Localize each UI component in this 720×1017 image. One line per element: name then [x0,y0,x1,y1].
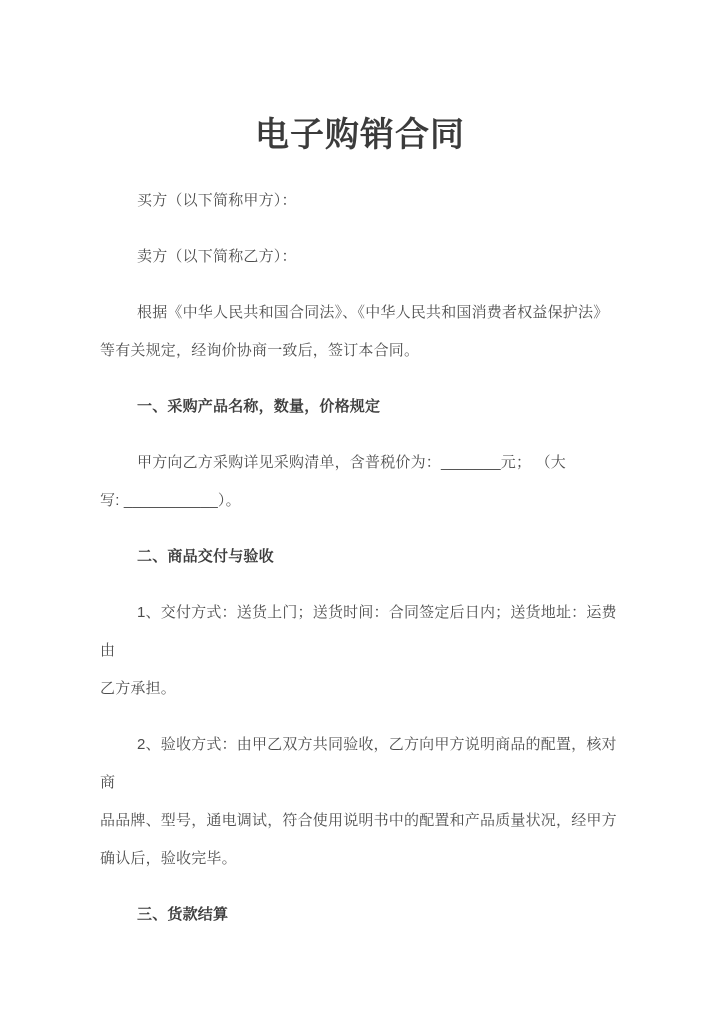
document-title: 电子购销合同 [100,112,620,158]
section-heading-text: 二、商品交付与验收 [100,538,620,576]
paragraph-acceptance: 2、验收方式：由甲乙双方共同验收，乙方向甲方说明商品的配置，核对商 品品牌、型号… [100,726,620,878]
text-line: 买方（以下简称甲方）： [100,182,620,220]
paragraph-seller: 卖方（以下简称乙方）： [100,238,620,276]
paragraph-price: 甲方向乙方采购详见采购清单，含普税价为：_______元； （大 写: ____… [100,444,620,520]
text-line: 根据《中华人民共和国合同法》、《中华人民共和国消费者权益保护法》 [100,294,620,332]
text-line: 写: ___________）。 [100,482,620,520]
text-line: 2、验收方式：由甲乙双方共同验收，乙方向甲方说明商品的配置，核对商 [100,726,620,802]
paragraph-delivery: 1、交付方式：送货上门；送货时间：合同签定后日内；送货地址：运费由 乙方承担。 [100,594,620,708]
heading-section-2: 二、商品交付与验收 [100,538,620,576]
text-line: 品品牌、型号，通电调试，符合使用说明书中的配置和产品质量状况，经甲方 [100,802,620,840]
heading-section-1: 一、采购产品名称，数量，价格规定 [100,388,620,426]
text-line: 确认后，验收完毕。 [100,840,620,878]
text-line: 甲方向乙方采购详见采购清单，含普税价为：_______元； （大 [100,444,620,482]
section-heading-text: 一、采购产品名称，数量，价格规定 [100,388,620,426]
contract-page: 电子购销合同 买方（以下简称甲方）： 卖方（以下简称乙方）： 根据《中华人民共和… [0,0,720,1017]
text-line: 卖方（以下简称乙方）： [100,238,620,276]
heading-section-3: 三、货款结算 [100,896,620,934]
paragraph-buyer: 买方（以下简称甲方）： [100,182,620,220]
text-line: 等有关规定，经询价协商一致后，签订本合同。 [100,332,620,370]
paragraph-preamble: 根据《中华人民共和国合同法》、《中华人民共和国消费者权益保护法》 等有关规定，经… [100,294,620,370]
text-line: 1、交付方式：送货上门；送货时间：合同签定后日内；送货地址：运费由 [100,594,620,670]
text-line: 乙方承担。 [100,670,620,708]
section-heading-text: 三、货款结算 [100,896,620,934]
